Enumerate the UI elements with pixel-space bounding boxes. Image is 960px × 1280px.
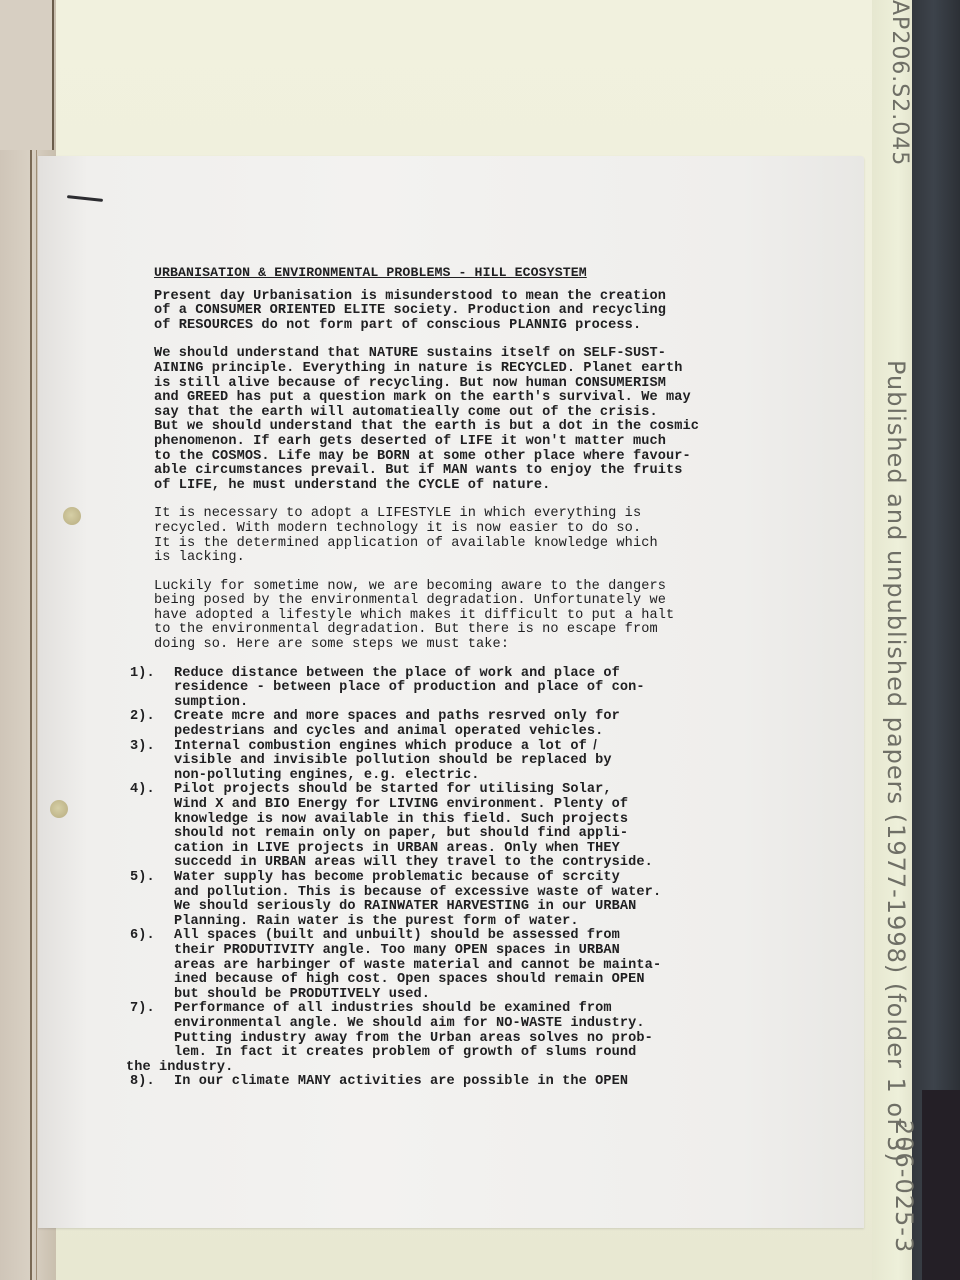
list-item: 1).Reduce distance between the place of … [130, 667, 810, 711]
document-title: URBANISATION & ENVIRONMENTAL PROBLEMS - … [154, 266, 810, 281]
list-item-number: 8). [130, 1075, 174, 1090]
list-item-text: Water supply has become problematic beca… [174, 871, 661, 929]
list-item-text: Internal combustion engines which produc… [174, 740, 612, 784]
list-item: 6).All spaces (built and unbuilt) should… [130, 929, 810, 1002]
list-item-number: 2). [130, 710, 174, 739]
list-item-number: 6). [130, 929, 174, 1002]
list-item-continuation: the industry. [126, 1061, 810, 1076]
list-item-text: Reduce distance between the place of wor… [174, 667, 645, 711]
punch-hole [50, 800, 68, 818]
paper-edge-line [36, 150, 37, 1280]
box-code-annotation: 206-025-3 [890, 1120, 918, 1253]
list-item: 5).Water supply has become problematic b… [130, 871, 810, 929]
document-body: URBANISATION & ENVIRONMENTAL PROBLEMS - … [130, 266, 810, 1090]
list-item-number: 5). [130, 871, 174, 929]
paragraph: It is necessary to adopt a LIFESTYLE in … [154, 507, 810, 565]
folder-note-annotation: Published and unpublished papers (1977-1… [882, 360, 910, 1163]
list-item-text: All spaces (built and unbuilt) should be… [174, 929, 661, 1002]
punch-hole [63, 507, 81, 525]
list-item-number: 4). [130, 783, 174, 871]
steps-list: 1).Reduce distance between the place of … [130, 667, 810, 1090]
list-item: 3).Internal combustion engines which pro… [130, 740, 810, 784]
list-item: 2).Create mcre and more spaces and paths… [130, 710, 810, 739]
paragraph: We should understand that NATURE sustain… [154, 347, 810, 493]
list-item-number: 1). [130, 667, 174, 711]
paper-edge-line [30, 150, 32, 1280]
list-item: 7).Performance of all industries should … [130, 1002, 810, 1060]
list-item: 8).In our climate MANY activities are po… [130, 1075, 810, 1090]
list-item-text: In our climate MANY activities are possi… [174, 1075, 628, 1090]
list-item: 4).Pilot projects should be started for … [130, 783, 810, 871]
binder-spine [912, 0, 960, 1280]
list-item-number: 3). [130, 740, 174, 784]
paragraph: Luckily for sometime now, we are becomin… [154, 580, 810, 653]
paragraph: Present day Urbanisation is misunderstoo… [154, 290, 810, 334]
list-item-text: Create mcre and more spaces and paths re… [174, 710, 620, 739]
list-item-text: Pilot projects should be started for uti… [174, 783, 653, 871]
older-papers-top-sheet [0, 0, 54, 150]
reference-number-annotation: AP206.S2.045 [887, 0, 912, 166]
list-item-text: Performance of all industries should be … [174, 1002, 653, 1060]
list-item-number: 7). [130, 1002, 174, 1060]
binder-spine-lower [922, 1090, 960, 1280]
